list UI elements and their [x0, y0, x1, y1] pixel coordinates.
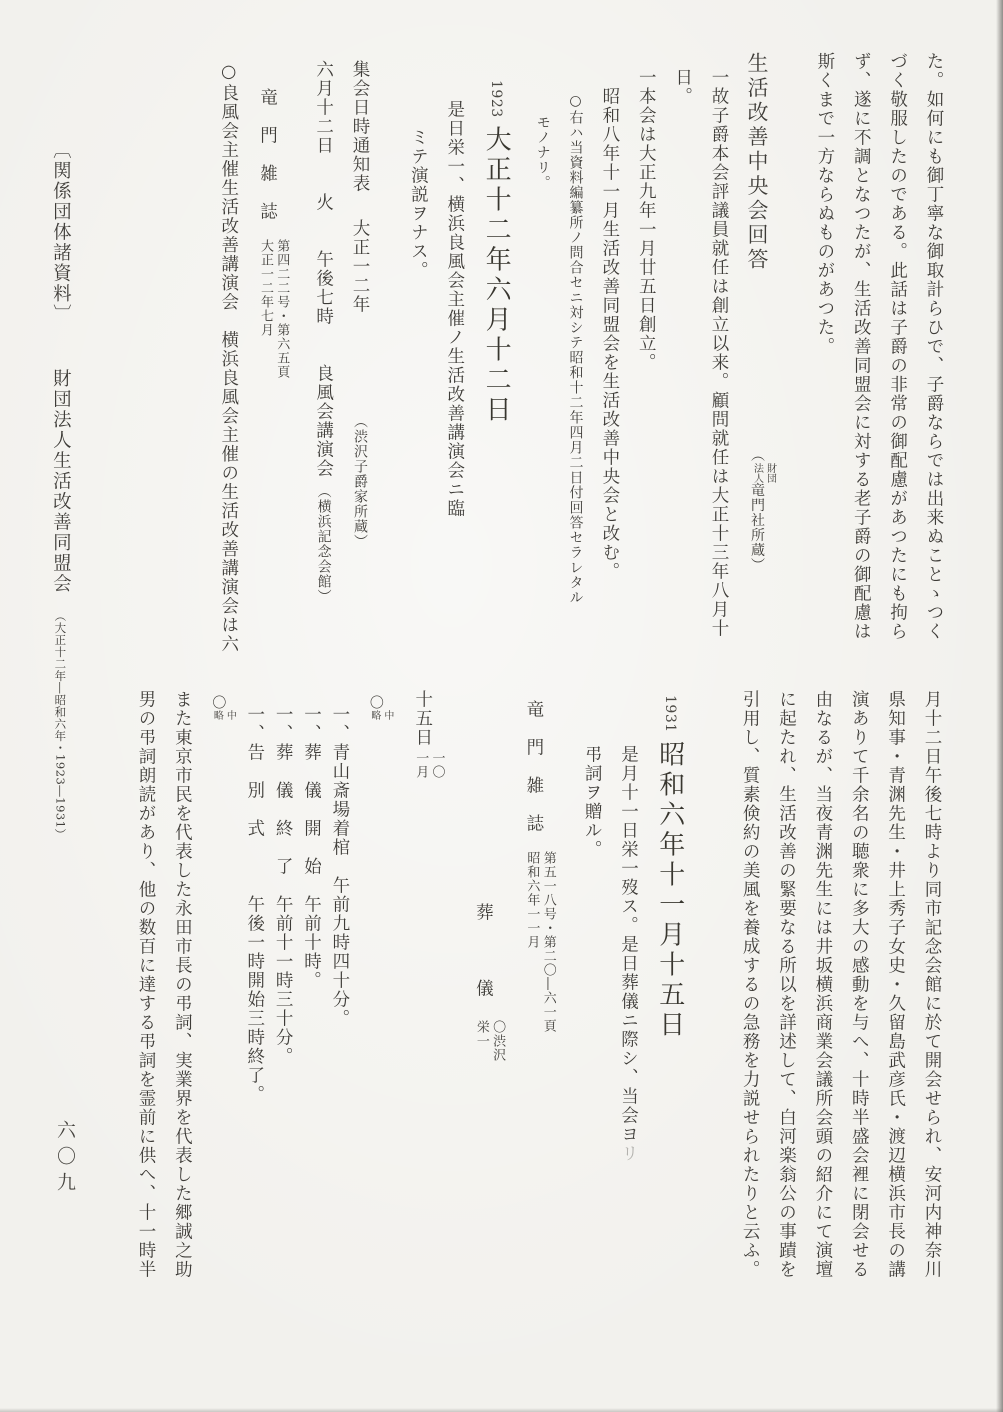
funeral-schedule-item: 一、葬 儀 開 始 午前十時。: [302, 705, 320, 1315]
spacer: [323, 212, 324, 250]
text-run: また東京市民を代表した永田市長の弔詞、実業界を代表した郷誠之助: [172, 690, 192, 1279]
text-run: ○右ハ当資料編纂所ノ問合セニ対シテ昭和十二年四月二日付回答セラレタル: [567, 93, 583, 605]
text-run: に起たれ、生活改善の緊要なる所以を詳述して、白河楽翁公の事蹟を: [777, 690, 797, 1279]
annotation-column: 栄一: [474, 1020, 488, 1062]
paragraph-column: 男の弔詞朗読があり、他の数百に達する弔詞を霊前に供へ、十一時半: [137, 690, 155, 1315]
text-run: （: [749, 448, 765, 463]
paragraph-column: 演ありて千余名の聴衆に多大の感動を与へ、十時半盛会裡に閉会せる: [850, 690, 868, 1315]
spacer: [267, 221, 268, 239]
annotation-column: 一〇: [429, 751, 443, 779]
annotation-column: 第四二二号・第六五頁: [274, 239, 288, 379]
ellipsis-note-column: 〇中略: [209, 695, 235, 1315]
annotation-column: 略: [369, 710, 380, 720]
text-run: 弔詞ヲ贈ル。: [582, 745, 602, 859]
text-run: 一、告 別 式 午後一時開始三時終了。: [245, 705, 265, 1104]
text-run: リ: [618, 1144, 638, 1163]
scan-edge-shadow: [996, 0, 1003, 1412]
text-run: 十五日: [413, 690, 433, 747]
paragraph-column: た。如何にも御丁寧な御取計らひで、子爵ならでは出来ぬことゝつく: [925, 52, 943, 672]
text-run: 生活改善中央会回答: [745, 52, 769, 273]
year-label: 1931: [662, 695, 678, 733]
inline-annotation: 第四二二号・第六五頁大正一二年七月: [256, 239, 289, 379]
text-run: 良風会講演会: [314, 364, 334, 478]
item-column: 日。: [673, 68, 691, 672]
paragraph-column: に起たれ、生活改善の緊要なる所以を詳述して、白河楽翁公の事蹟を: [777, 690, 795, 1315]
text-run: モノナリ。: [535, 115, 551, 190]
editorial-note-column: ○右ハ当資料編纂所ノ問合セニ対シテ昭和十二年四月二日付回答セラレタル: [568, 93, 583, 672]
annotation-column: 第五一八号・第二〇―六一頁: [540, 851, 554, 1033]
spacer: [757, 273, 758, 448]
item-column: 昭和八年十一月生活改善同盟会を生活改善中央会と改む。: [600, 87, 618, 672]
text-run: 一、青山斎場着棺 午前九時四十分。: [330, 705, 350, 1028]
magazine-title-ryumon-zasshi: 竜 門 雑 誌第四二二号・第六五頁大正一二年七月: [256, 88, 289, 672]
text-run: 是日栄一、横浜良風会主催ノ生活改善講演会ニ臨: [445, 100, 465, 518]
upper-text-block: た。如何にも御丁寧な御取計らひで、子爵ならでは出来ぬことゝつくづく敬服したのであ…: [201, 52, 943, 672]
spacer: [360, 314, 361, 414]
inline-annotation: 財団法人: [750, 463, 776, 483]
annotation-column: 〇渋沢: [490, 1020, 504, 1062]
inline-annotation: 第五一八号・第二〇―六一頁昭和六年一一月: [522, 851, 555, 1033]
paragraph-column: ミテ演説ヲナス。: [409, 128, 427, 672]
gutter-organization: 財団法人生活改善同盟会: [50, 369, 71, 595]
schedule-column: 六月十二日火午後七時良風会講演会（横浜記念会館）: [314, 60, 332, 672]
funeral-schedule-item: 一、青山斎場着棺 午前九時四十分。: [331, 705, 349, 1315]
spacer: [360, 193, 361, 219]
spacer: [323, 326, 324, 364]
gutter-category: 〔関係団体諸資料〕: [50, 140, 71, 325]
paragraph-column: 弔詞ヲ贈ル。: [583, 745, 601, 1315]
inline-annotation: 一〇一月: [411, 751, 444, 779]
annotation-column: 略: [211, 710, 222, 720]
text-run: 竜 門 雑 誌: [257, 88, 277, 221]
scan-edge-shadow: [0, 1408, 1003, 1412]
paragraph-column: 是日栄一、横浜良風会主催ノ生活改善講演会ニ臨: [445, 100, 463, 672]
text-run: 男の弔詞朗読があり、他の数百に達する弔詞を霊前に供へ、十一時半: [136, 690, 156, 1279]
paragraph-column: ず、遂に不調となつたが、生活改善同盟会に対する老子爵の御配慮は: [852, 52, 870, 672]
item-column: 一故子爵本会評議員就任は創立以来。顧問就任は大正十三年八月十: [710, 68, 728, 672]
annotation-column: 法人: [752, 463, 763, 483]
page-number: 六〇九: [52, 1120, 79, 1198]
text-run: 葬 儀: [473, 903, 493, 998]
text-run: 演ありて千余名の聴衆に多大の感動を与へ、十時半盛会裡に閉会せる: [849, 690, 869, 1279]
section-heading-chuokai-kaito: 生活改善中央会回答（財団法人竜門社所蔵）: [746, 52, 776, 672]
article-title-sogi: 葬 儀〇渋沢栄一: [472, 903, 505, 1315]
paragraph-column: また東京市民を代表した永田市長の弔詞、実業界を代表した郷誠之助: [173, 690, 191, 1315]
text-run: 月十二日午後七時より同市記念会館に於て開会せられ、安河内神奈川: [922, 690, 942, 1279]
text-run: た。如何にも御丁寧な御取計らひで、子爵ならでは出来ぬことゝつく: [924, 52, 944, 641]
text-run: づく敬服したのである。此話は子爵の非常の御配慮があつたにも拘ら: [888, 52, 908, 641]
paragraph-column: 由なるが、当夜青渊先生には井坂横浜商業会議所会頭の紹介にて演壇: [814, 690, 832, 1315]
paragraph-column: づく敬服したのである。此話は子爵の非常の御配慮があつたにも拘ら: [888, 52, 906, 672]
text-run: （渋沢子爵家所蔵）: [352, 414, 368, 549]
gutter-section-label: 〔関係団体諸資料〕財団法人生活改善同盟会（大正十二年―昭和六年・1923―193…: [50, 140, 70, 841]
annotation-column: 大正一二年七月: [258, 239, 272, 379]
paragraph-column: 引用し、質素倹約の美風を養成するの急務を力説せられたりと云ふ。: [741, 690, 759, 1315]
paragraph-column: ○良風会主催生活改善講演会 横浜良風会主催の生活改善講演会は六: [219, 62, 237, 672]
text-run: 是月十一日栄一歿ス。是日葬儀ニ際シ、当会ヨ: [618, 745, 638, 1144]
text-run: 大正一二年: [350, 219, 370, 314]
date-heading-1923: 1923大正十二年六月十二日: [482, 80, 509, 672]
text-run: 集会日時通知表: [350, 60, 370, 193]
text-run: 〇: [368, 695, 384, 710]
inline-annotation: 中略: [367, 710, 393, 720]
text-run: ず、遂に不調となつたが、生活改善同盟会に対する老子爵の御配慮は: [851, 52, 871, 641]
text-run: 昭和八年十一月生活改善同盟会を生活改善中央会と改む。: [600, 87, 620, 581]
spacer: [483, 998, 484, 1020]
text-run: 県知事・青渊先生・井上秀子女史・久留島武彦氏・渡辺横浜市長の講: [886, 690, 906, 1279]
spacer: [323, 155, 324, 193]
text-run: ミテ演説ヲナス。: [408, 128, 428, 280]
paragraph-column: 斯くまで一方ならぬものがあつた。: [816, 52, 834, 672]
magazine-title-ryumon-zasshi: 竜 門 雑 誌第五一八号・第二〇―六一頁昭和六年一一月: [522, 700, 555, 1315]
scanned-page: た。如何にも御丁寧な御取計らひで、子爵ならでは出来ぬことゝつくづく敬服したのであ…: [0, 0, 1003, 1412]
gutter-period: （大正十二年―昭和六年・1923―1931）: [53, 610, 67, 841]
text-run: 一故子爵本会評議員就任は創立以来。顧問就任は大正十三年八月十: [709, 68, 729, 638]
annotation-column: 中: [382, 710, 393, 720]
text-run: 〇: [210, 695, 226, 710]
text-run: 昭和六年十一月十五日: [655, 741, 685, 1041]
annotation-column: 財団: [765, 463, 776, 483]
text-run: 午後七時: [314, 250, 334, 326]
date-column: 十五日一〇一月: [411, 690, 444, 1315]
text-run: 一本会は大正九年一月廿五日創立。: [636, 68, 656, 372]
spacer: [533, 833, 534, 851]
annotation-column: 昭和六年一一月: [524, 851, 538, 1033]
funeral-schedule-item: 一、葬 儀 終 了 午前十一時三十分。: [274, 705, 292, 1315]
text-run: 六月十二日: [314, 60, 334, 155]
text-run: 竜門社所蔵）: [749, 483, 765, 573]
annotation-column: 一月: [413, 751, 427, 779]
text-run: 由なるが、当夜青渊先生には井坂横浜商業会議所会頭の紹介にて演壇: [813, 690, 833, 1279]
source-title-shukai-nichiji: 集会日時通知表大正一二年（渋沢子爵家所蔵）: [351, 60, 369, 672]
text-run: 火: [314, 193, 334, 212]
text-run: 斯くまで一方ならぬものがあつた。: [815, 52, 835, 356]
text-run: 一、葬 儀 終 了 午前十一時三十分。: [273, 705, 293, 1066]
text-run: （横浜記念会館）: [316, 484, 332, 604]
annotation-column: 中: [224, 710, 235, 720]
paragraph-column: 是月十一日栄一歿ス。是日葬儀ニ際シ、当会ヨリ: [619, 745, 637, 1315]
ellipsis-note-column: 〇中略: [367, 695, 393, 1315]
text-run: 竜 門 雑 誌: [524, 700, 544, 833]
lower-text-block: 月十二日午後七時より同市記念会館に於て開会せられ、安河内神奈川県知事・青渊先生・…: [119, 685, 941, 1315]
item-column: 一本会は大正九年一月廿五日創立。: [637, 68, 655, 672]
year-label: 1923: [488, 80, 504, 118]
text-run: 日。: [673, 68, 693, 106]
editorial-note-column: モノナリ。: [535, 115, 550, 672]
paragraph-column: 月十二日午後七時より同市記念会館に於て開会せられ、安河内神奈川: [923, 690, 941, 1315]
paragraph-column: 県知事・青渊先生・井上秀子女史・久留島武彦氏・渡辺横浜市長の講: [886, 690, 904, 1315]
text-run: 大正十二年六月十二日: [481, 126, 511, 426]
inline-annotation: 中略: [209, 710, 235, 720]
inline-annotation: 〇渋沢栄一: [472, 1020, 505, 1062]
text-run: 一、葬 儀 開 始 午前十時。: [302, 705, 322, 990]
funeral-schedule-item: 一、告 別 式 午後一時開始三時終了。: [245, 705, 263, 1315]
text-run: ○良風会主催生活改善講演会 横浜良風会主催の生活改善講演会は六: [219, 62, 239, 654]
text-run: 引用し、質素倹約の美風を養成するの急務を力説せられたりと云ふ。: [740, 690, 760, 1279]
date-heading-1931: 1931昭和六年十一月十五日: [655, 695, 682, 1315]
